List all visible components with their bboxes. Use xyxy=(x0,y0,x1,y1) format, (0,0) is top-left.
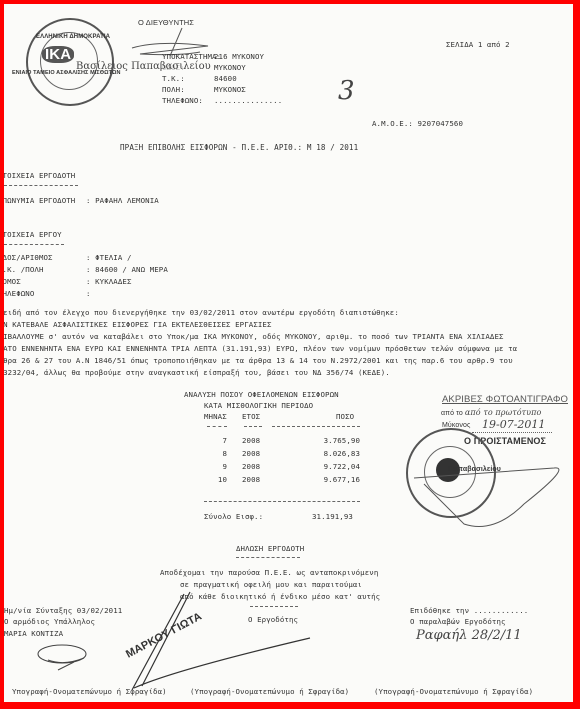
employer-signature xyxy=(114,590,314,700)
signature-caption-middle: (Υπογραφή-Ονοματεπώνυμο ή Σφραγίδα) xyxy=(190,687,349,696)
page-number: ΣΕΛΙΔΑ 1 από 2 xyxy=(446,40,510,49)
total-label: Σύνολο Εισφ.: xyxy=(204,512,263,521)
handwritten-receipt: Ραφαήλ 28/2/11 xyxy=(416,628,522,643)
total-value: 31.191,93 xyxy=(312,512,353,521)
divider xyxy=(4,244,64,245)
director-name: Βασίλειος Παπαβασιλείου xyxy=(76,61,211,72)
signature-caption-right: (Υπογραφή-Ονοματεπώνυμο ή Σφραγίδα) xyxy=(374,687,533,696)
stamp-text-top: ΕΛΛΗΝΙΚΗ ΔΗΜΟΚΡΑΤΙΑ xyxy=(36,34,110,40)
signature-scribble xyxy=(404,464,573,544)
handwritten-number: 3 xyxy=(338,76,355,106)
certified-copy-stamp: ΑΚΡΙΒΕΣ ΦΩΤΟΑΝΤΙΓΡΑΦΟ xyxy=(442,394,568,405)
employer-name-value: : ΡΑΦΑΗΛ ΛΕΜΟΝΙΑ xyxy=(86,196,159,205)
divider xyxy=(4,185,78,186)
clerk-signature xyxy=(34,640,94,674)
scanned-document: ΕΛΛΗΝΙΚΗ ΔΗΜΟΚΡΑΤΙΑ ΙΚΑ ΕΝΙΑΙΟ ΤΑΜΕΙΟ ΑΣ… xyxy=(4,4,573,702)
document-title: ΠΡΑΞΗ ΕΠΙΒΟΛΗΣ ΕΙΣΦΟΡΩΝ - Π.Ε.Ε. ΑΡΙΘ.: … xyxy=(120,143,358,152)
employer-name-label: ΕΠΩΝΥΜΙΑ ΕΡΓΟΔΟΤΗ xyxy=(4,196,75,205)
amoe-number: Α.Μ.Ο.Ε.: 9207047560 xyxy=(372,119,463,128)
employer-section-title: ΣΤΟΙΧΕΙΑ ΕΡΓΟΔΟΤΗ xyxy=(4,171,75,180)
signature-caption-left: Υπογραφή-Ονοματεπώνυμο ή Σφραγίδα) xyxy=(12,687,167,696)
ika-logo: ΙΚΑ xyxy=(42,46,74,63)
certified-from: από το από το πρωτότυπο xyxy=(441,408,541,417)
certified-date: 19-07-2011 xyxy=(482,418,545,431)
project-section-title: ΣΤΟΙΧΕΙΑ ΕΡΓΟΥ xyxy=(4,230,62,239)
